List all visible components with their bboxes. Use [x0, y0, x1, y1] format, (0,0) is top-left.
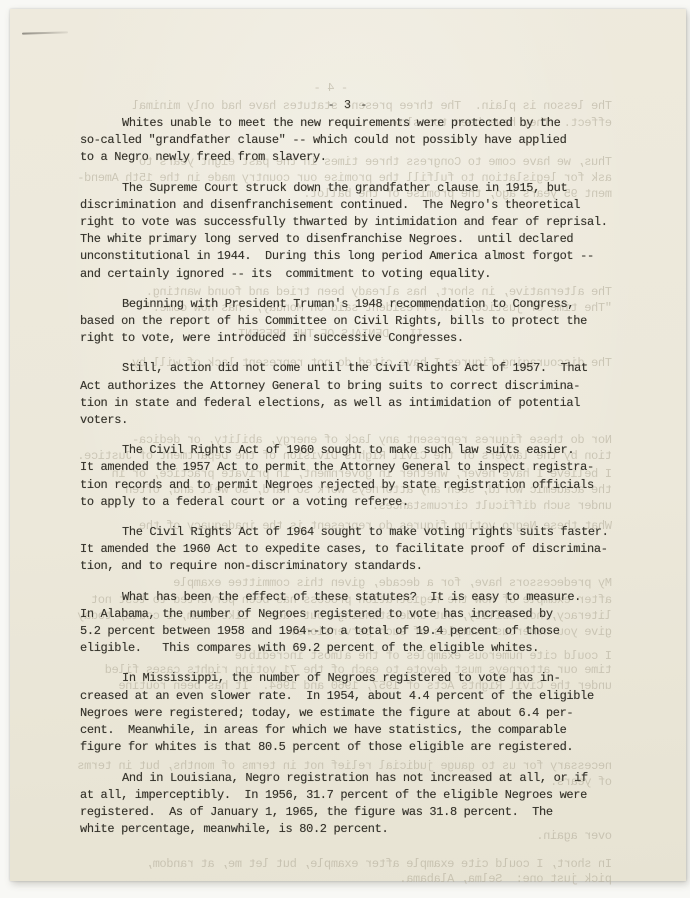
bleed-through-line: pick just one: Selma, Alabama. [50, 872, 612, 886]
document-body: Whites unable to meet the new requiremen… [80, 115, 650, 851]
paragraph: And in Louisiana, Negro registration has… [80, 770, 650, 839]
paragraph: Still, action did not come until the Civ… [80, 360, 650, 429]
paragraph: Whites unable to meet the new requiremen… [80, 115, 650, 167]
paragraph: The Supreme Court struck down the grandf… [80, 180, 650, 283]
paragraph: In Mississippi, the number of Negroes re… [80, 670, 650, 756]
scanned-page-background: { "colors":{ "background":"#f8f8f5", "pa… [0, 0, 690, 898]
bleed-through-line: In short, I could cite example after exa… [50, 857, 612, 871]
paper-sheet: - 4 -The lesson is plain. The three pres… [10, 9, 686, 881]
page-number: - 3 - [10, 98, 686, 112]
paragraph: Beginning with President Truman's 1948 r… [80, 296, 650, 348]
paragraph: What has been the effect of these statut… [80, 589, 650, 658]
paragraph: The Civil Rights Act of 1964 sought to m… [80, 524, 650, 576]
paragraph: The Civil Rights Act of 1960 sought to m… [80, 442, 650, 511]
pencil-mark [22, 31, 68, 34]
bleed-through-line: - 4 - [50, 81, 612, 95]
